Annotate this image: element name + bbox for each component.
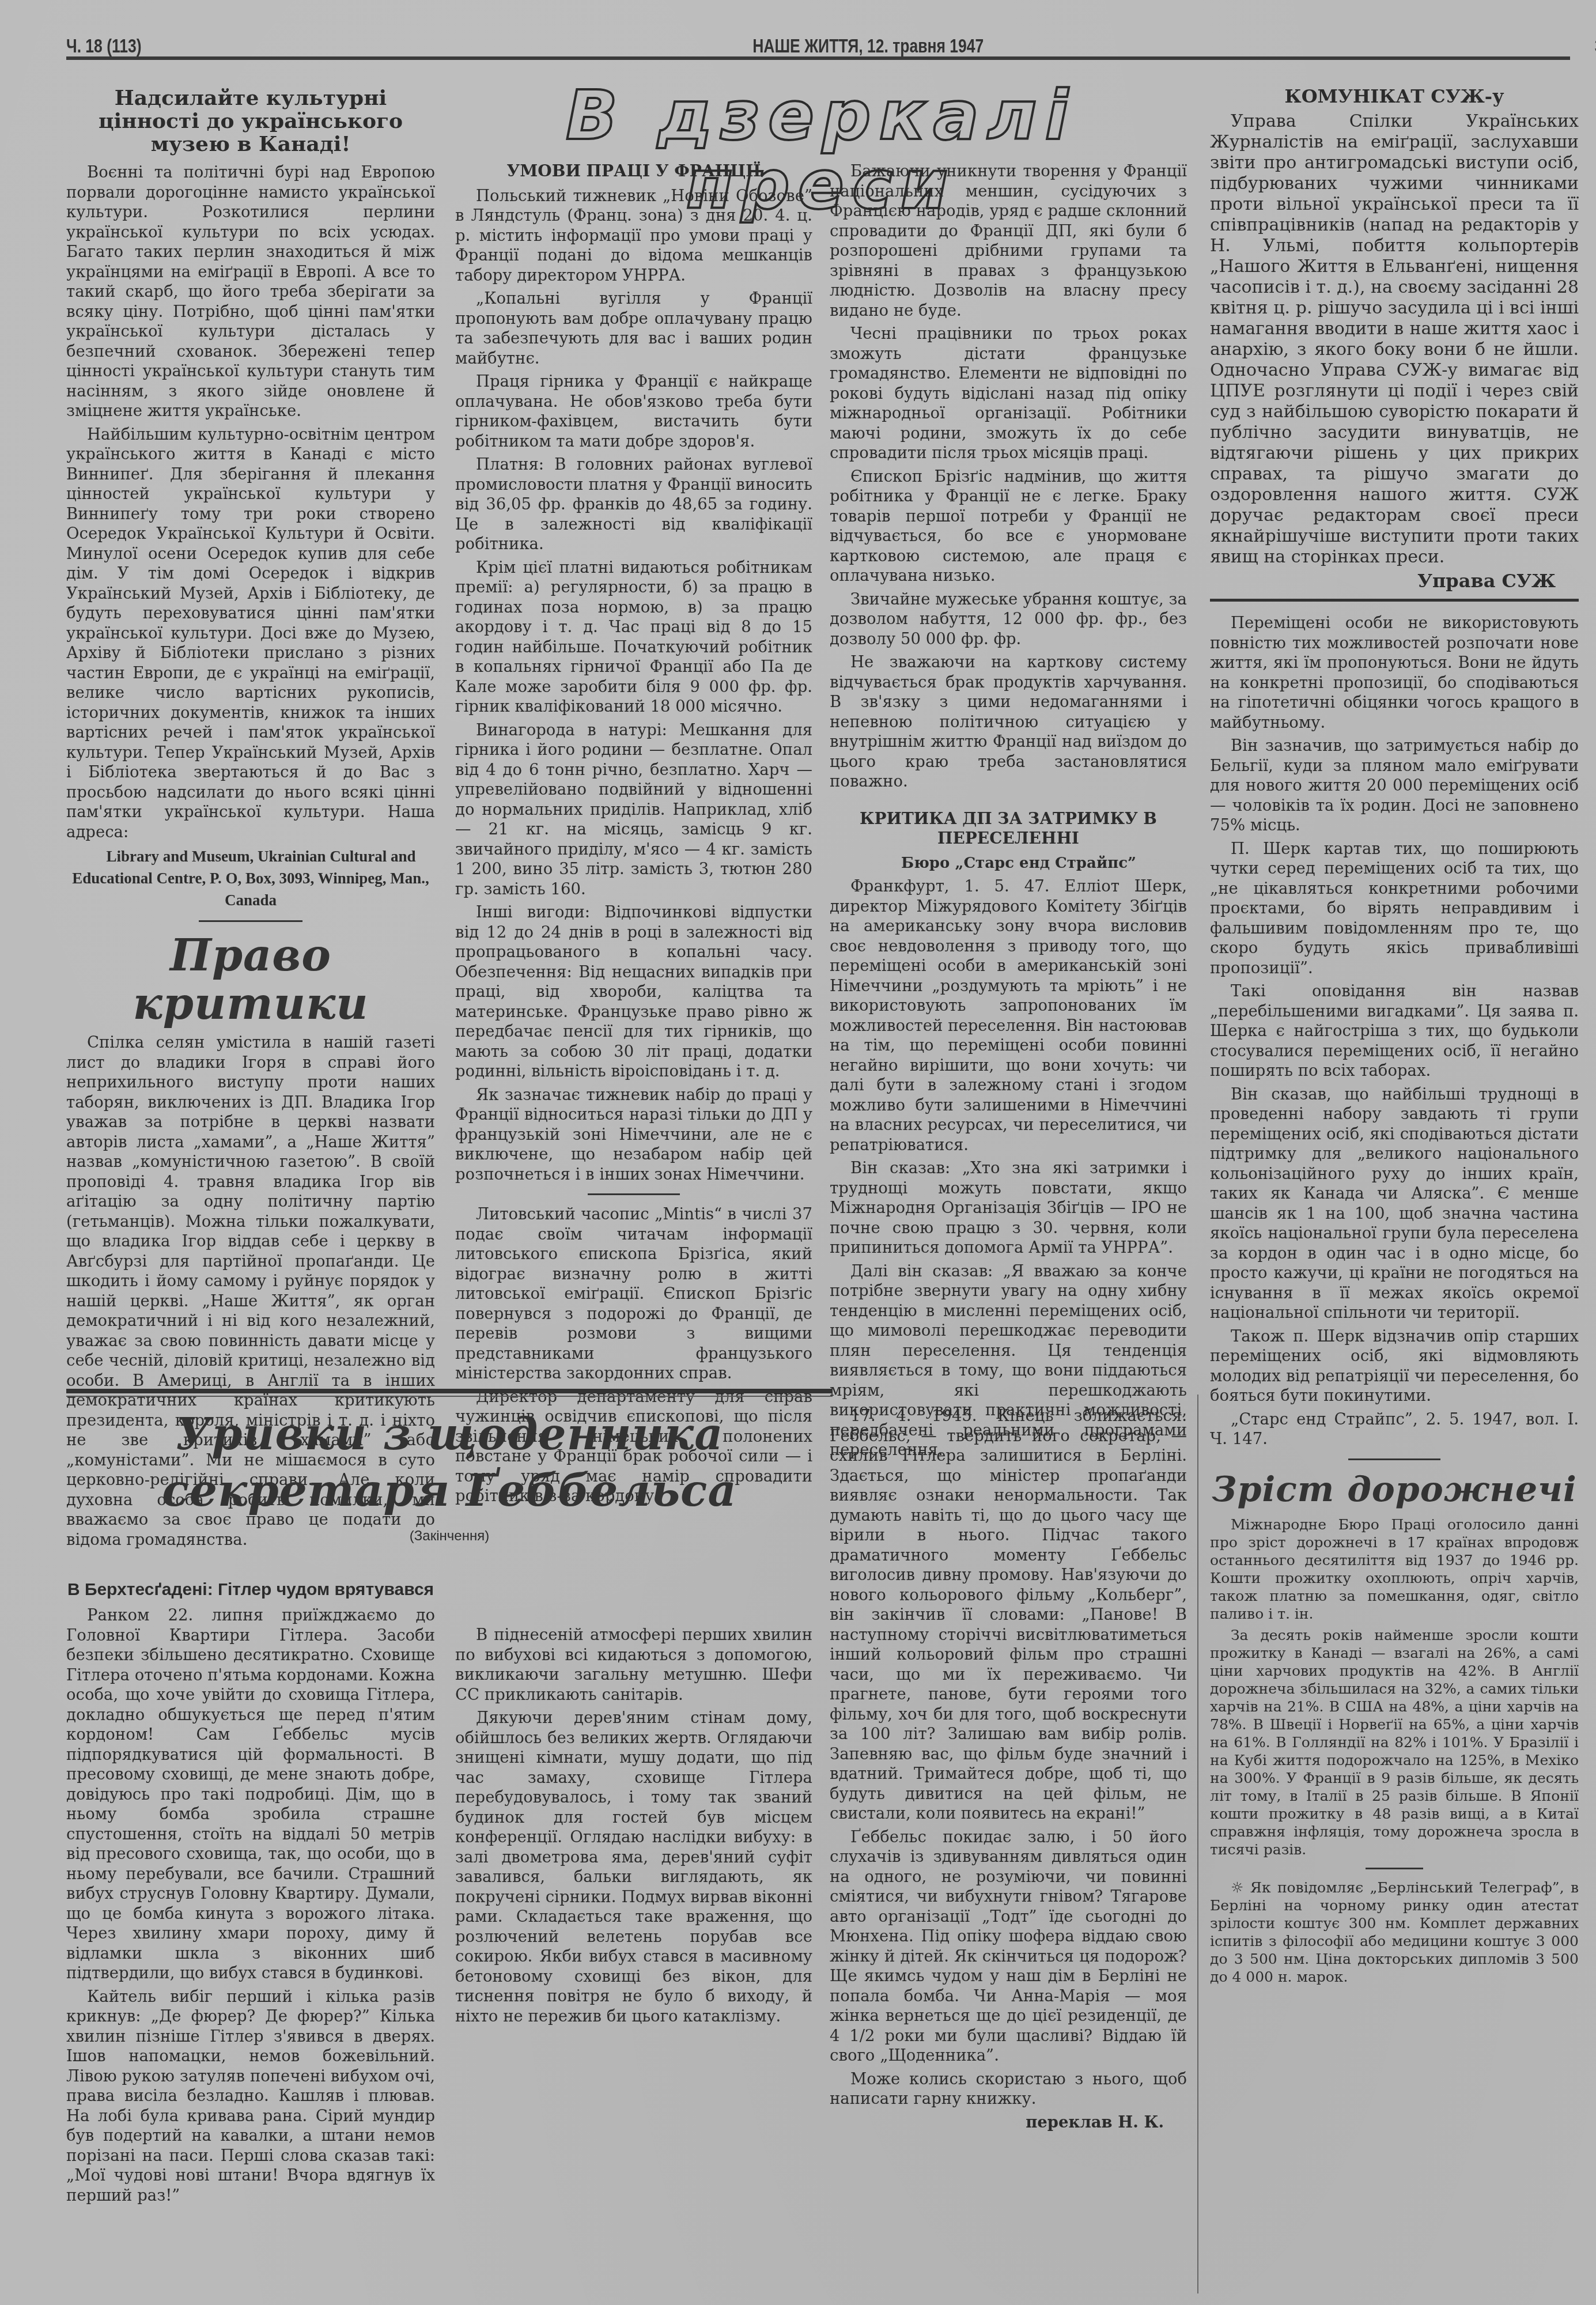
suzh-signature: Управа СУЖ [1210, 571, 1579, 591]
goebbels-headline: Уривки з щоденника секретаря Ґеббельса [161, 1406, 738, 1519]
goebbels-subhead: В Берхтесґадені: Гітлер чудом врятувався [66, 1579, 435, 1601]
masthead-rule [66, 56, 1570, 60]
dp-critique-byline: Бюро „Старс енд Страйпс” [830, 853, 1187, 874]
mintis-paragraph: Єпископ Брізґіс надмінив, що життя робіт… [830, 467, 1187, 586]
cost-of-living-headline: Зріст дорожнечі [1210, 1469, 1579, 1510]
goebbels-paragraph: Може колись скористаю з нього, щоб напис… [830, 2069, 1187, 2109]
goebbels-col-3: 17. 4. 1945. Кінець зближається. Ґеббель… [830, 1406, 1187, 2136]
labor-paragraph: „Копальні вугілля у Франції пропонують в… [455, 289, 812, 368]
press-mirror-title: В дзеркалі преси [449, 81, 1193, 150]
dp-paragraph: Він зазначив, що затримується набір до Б… [1210, 736, 1579, 836]
dp-paragraph: Франкфурт, 1. 5. 47. Елліот Шерк, директ… [830, 876, 1187, 1155]
goebbels-paragraph: В піднесеній атмосфері перших хвилин по … [455, 1625, 812, 1705]
labor-paragraph: Винагорода в натурі: Мешкання для гірник… [455, 720, 812, 900]
labor-paragraph: Праця гірника у Франції є найкраще оплач… [455, 372, 812, 451]
translator-credit: переклав Н. К. [830, 2113, 1187, 2133]
mintis-paragraph: Не зважаючи на карткову систему відчуває… [830, 652, 1187, 792]
cost-paragraph: Міжнародне Бюро Праці оголосило данні пр… [1210, 1516, 1579, 1623]
newspaper-page: Ч. 18 (113) НАШЕ ЖИТТЯ, 12. травня 1947 … [0, 0, 1596, 2305]
newspaper-title-date: НАШЕ ЖИТТЯ, 12. травня 1947 [752, 35, 984, 58]
berlin-note: ☼ Як повідомляє „Берлінський Телеграф”, … [1210, 1879, 1579, 1986]
dp-paragraph: Він сказав: „Хто зна які затримки і труд… [830, 1158, 1187, 1258]
column-divider [1197, 1395, 1198, 2293]
dp-paragraph: Також п. Шерк відзначив опір старших пер… [1210, 1327, 1579, 1406]
masthead: Ч. 18 (113) НАШЕ ЖИТТЯ, 12. травня 1947 … [66, 23, 1596, 58]
mintis-paragraph: Бажаючи уникнути творення у Франції наці… [830, 161, 1187, 320]
goebbels-paragraph: Дякуючи дерев'яним стінам дому, обійшлос… [455, 1708, 812, 2026]
goebbels-paragraph: Кайтель вибіг перший і кілька разів крик… [66, 1987, 435, 2206]
labor-paragraph: Платня: В головних районах вуглевої пром… [455, 455, 812, 554]
issue-number: Ч. 18 (113) [66, 35, 142, 58]
goebbels-paragraph: Ранком 22. липня приїжджаємо до Головної… [66, 1605, 435, 1983]
museum-address: Library and Museum, Ukrainian Cultural a… [66, 845, 435, 911]
goebbels-paragraph: Ґеббельс покидає залю, і 50 його слухачі… [830, 1827, 1187, 2066]
labor-paragraph: Як зазначає тижневик набір до праці у Фр… [455, 1085, 812, 1185]
labor-headline: УМОВИ ПРАЦІ У ФРАНЦІЇ [455, 161, 812, 182]
dp-paragraph: П. Шерк картав тих, що поширюють чутки с… [1210, 839, 1579, 978]
divider [1348, 1458, 1440, 1460]
column-museum: Надсилайте культурні цінності до українс… [66, 86, 435, 1553]
cost-paragraph: За десять років найменше зросли кошти пр… [1210, 1626, 1579, 1858]
labor-paragraph: Крім цієї платні видаються робітникам пр… [455, 558, 812, 717]
dp-critique-headline: КРИТИКА ДП ЗА ЗАТРИМКУ В ПЕРЕСЕЛЕННІ [830, 809, 1187, 849]
divider [199, 920, 302, 922]
museum-headline: Надсилайте культурні цінності до українс… [66, 86, 435, 156]
critique-headline: Право критики [66, 931, 435, 1028]
section-rule [66, 1389, 833, 1393]
column-mintis-dp: Бажаючи уникнути творення у Франції наці… [830, 161, 1187, 1464]
goebbels-col-1: В Берхтесґадені: Гітлер чудом врятувався… [66, 1579, 435, 2209]
goebbels-paragraph: 17. 4. 1945. Кінець зближається. Ґеббель… [830, 1406, 1187, 1824]
labor-paragraph: Польський тижневик „Новіни Обозове” в Ля… [455, 186, 812, 286]
goebbels-subtitle: (Закінчення) [66, 1528, 833, 1544]
mintis-paragraph: Литовський часопис „Mintis“ в числі 37 п… [455, 1204, 812, 1384]
mintis-paragraph: Чесні працівники по трьох роках зможуть … [830, 324, 1187, 463]
dp-source: „Старс енд Страйпс”, 2. 5. 1947, вол. І.… [1210, 1410, 1579, 1449]
divider [588, 1193, 680, 1195]
suzh-headline: КОМУНІКАТ СУЖ-у [1210, 86, 1579, 107]
mintis-paragraph: Звичайне мужеське убрання коштує, за доз… [830, 590, 1187, 649]
suzh-paragraph: Управа Спілки Українських Журналістів на… [1210, 111, 1579, 568]
dp-paragraph: Такі оповідання він назвав „перебільшени… [1210, 981, 1579, 1081]
goebbels-col-2: В піднесеній атмосфері перших хвилин по … [455, 1625, 812, 2299]
divider [1366, 1868, 1423, 1869]
museum-paragraph: Воєнні та політичні бурі над Европою пор… [66, 163, 435, 421]
column-labor-france: УМОВИ ПРАЦІ У ФРАНЦІЇ Польський тижневик… [455, 161, 812, 1510]
section-rule [1210, 599, 1579, 602]
goebbels-header: Уривки з щоденника секретаря Ґеббельса (… [66, 1406, 833, 1544]
labor-paragraph: Інші вигоди: Відпочинкові відпустки від … [455, 902, 812, 1082]
museum-paragraph: Найбільшим культурно-освітнім центром ук… [66, 425, 435, 842]
dp-paragraph: Він сказав, що найбільші труднощі в пров… [1210, 1085, 1579, 1323]
column-right: КОМУНІКАТ СУЖ-у Управа Спілки Українськи… [1210, 86, 1579, 1989]
section-rule-thin [66, 1396, 833, 1397]
dp-paragraph: Переміщені особи не використовують повні… [1210, 613, 1579, 732]
